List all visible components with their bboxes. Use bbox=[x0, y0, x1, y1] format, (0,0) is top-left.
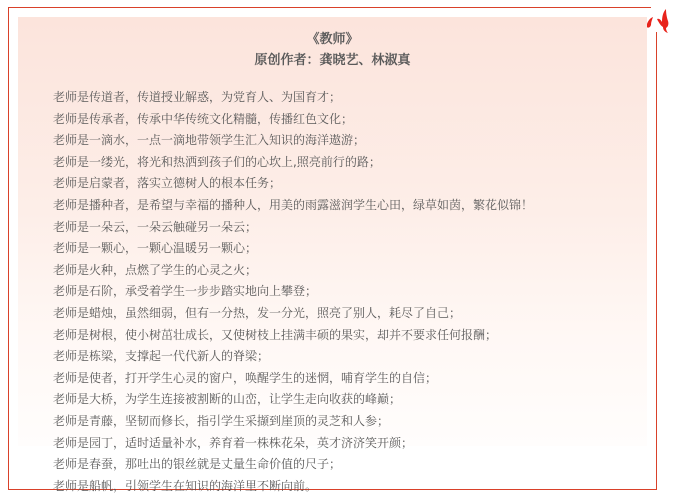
poem-line: 老师是传道者，传道授业解惑，为党育人、为国育才； bbox=[53, 87, 653, 109]
frame-border-left bbox=[8, 7, 9, 490]
poem-line: 老师是一朵云，一朵云触碰另一朵云； bbox=[53, 217, 653, 239]
poem-card: 《教师》 原创作者：龚晓艺、林淑真 老师是传道者，传道授业解惑，为党育人、为国育… bbox=[18, 17, 647, 446]
poem-lines: 老师是传道者，传道授业解惑，为党育人、为国育才； 老师是传承者，传承中华传统文化… bbox=[53, 87, 653, 495]
poem-line: 老师是船帆，引领学生在知识的海洋里不断向前。 bbox=[53, 476, 653, 495]
poem-line: 老师是春蚕，那吐出的银丝就是丈量生命价值的尺子； bbox=[53, 454, 653, 476]
poem-line: 老师是火种，点燃了学生的心灵之火； bbox=[53, 260, 653, 282]
poem-line: 老师是播种者，是希望与幸福的播种人，用美的雨露滋润学生心田，绿草如茵，繁花似锦！ bbox=[53, 195, 653, 217]
poem-line: 老师是树根，使小树茁壮成长，又使树枝上挂满丰硕的果实，却并不要求任何报酬； bbox=[53, 325, 653, 347]
frame-border-top bbox=[8, 7, 651, 8]
poem-line: 老师是一滴水，一点一滴地带领学生汇入知识的海洋遨游； bbox=[53, 130, 653, 152]
poem-line: 老师是一颗心，一颗心温暖另一颗心； bbox=[53, 238, 653, 260]
frame-border-right bbox=[656, 32, 657, 490]
poem-line: 老师是启蒙者，落实立德树人的根本任务； bbox=[53, 173, 653, 195]
poem-line: 老师是栋梁，支撑起一代代新人的脊梁； bbox=[53, 346, 653, 368]
poem-line: 老师是蜡烛，虽然细弱，但有一分热，发一分光，照亮了别人，耗尽了自己； bbox=[53, 303, 653, 325]
poem-author: 原创作者：龚晓艺、林淑真 bbox=[18, 52, 647, 70]
poem-line: 老师是使者，打开学生心灵的窗户，唤醒学生的迷惘，哺育学生的自信； bbox=[53, 368, 653, 390]
poem-line: 老师是传承者，传承中华传统文化精髓，传播红色文化； bbox=[53, 109, 653, 131]
poem-line: 老师是一缕光，将光和热洒到孩子们的心坎上,照亮前行的路； bbox=[53, 152, 653, 174]
poem-line: 老师是青藤，坚韧而修长，指引学生采撷到崖顶的灵芝和人参； bbox=[53, 411, 653, 433]
poem-line: 老师是石阶，承受着学生一步步踏实地向上攀登； bbox=[53, 281, 653, 303]
poem-title: 《教师》 bbox=[18, 31, 647, 49]
poem-line: 老师是园丁，适时适量补水，养育着一株株花朵，英才济济笑开颜； bbox=[53, 433, 653, 455]
poem-line: 老师是大桥，为学生连接被割断的山峦，让学生走向收获的峰巅； bbox=[53, 389, 653, 411]
